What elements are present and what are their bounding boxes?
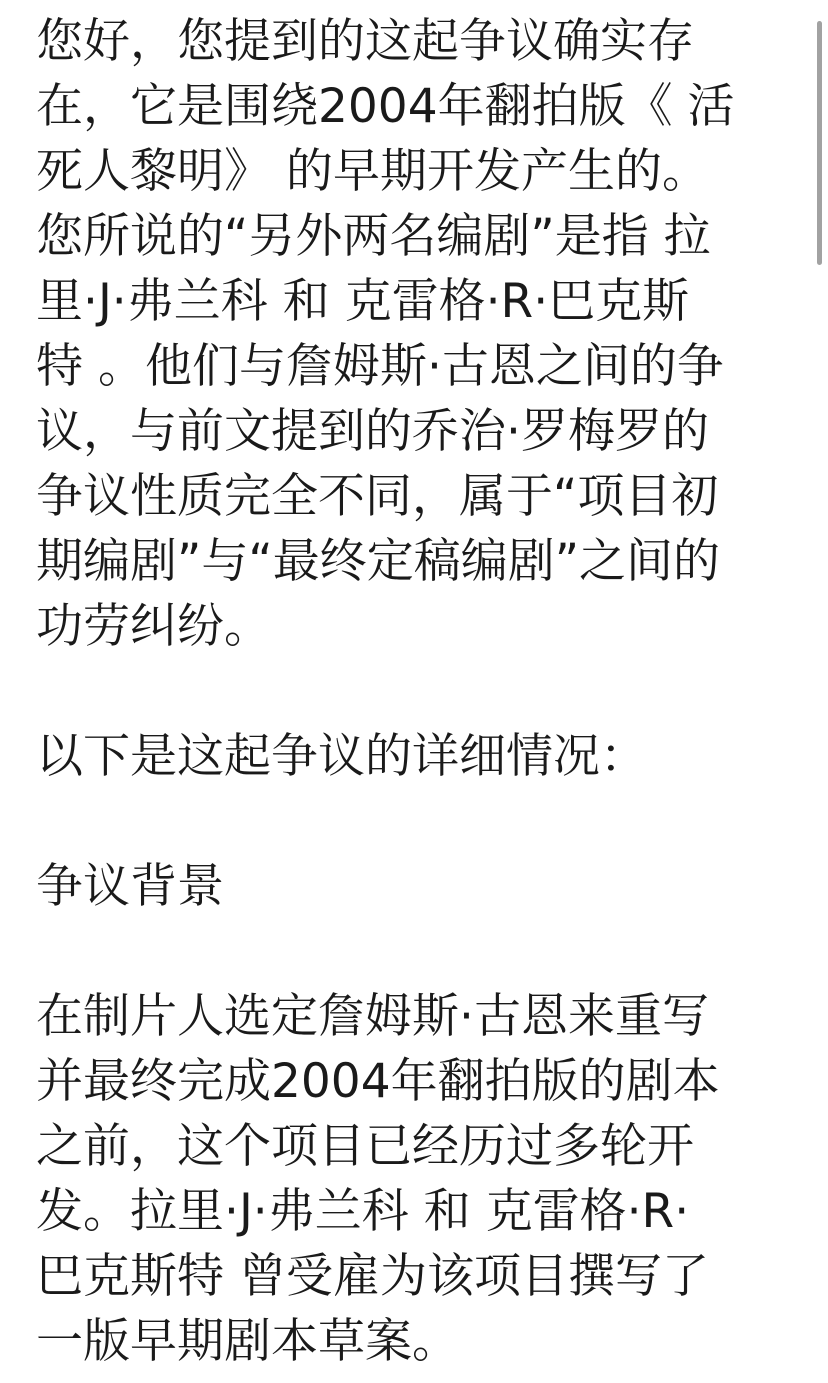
text-line: 功劳纠纷。 (36, 594, 798, 659)
text-line-section-intro: 以下是这起争议的详细情况： (36, 724, 798, 789)
text-line: 您所说的“另外两名编剧”是指 拉 (36, 204, 798, 269)
text-line: 之前，这个项目已经历过多轮开 (36, 1114, 798, 1179)
blank-line (36, 789, 798, 854)
blank-line (36, 659, 798, 724)
text-line: 在制片人选定詹姆斯·古恩来重写 (36, 984, 798, 1049)
text-line: 在，它是围绕2004年翻拍版《 活 (36, 74, 798, 139)
scrollbar-thumb[interactable] (817, 21, 822, 265)
text-line: 里·J·弗兰科 和 克雷格·R·巴克斯 (36, 269, 798, 334)
section-heading: 争议背景 (36, 854, 798, 919)
text-line: 死人黎明》 的早期开发产生的。 (36, 139, 798, 204)
text-line: 巴克斯特 曾受雇为该项目撰写了 (36, 1244, 798, 1309)
blank-line (36, 919, 798, 984)
chat-response-view: { "page": { "background": "#ffffff", "te… (0, 0, 828, 1383)
text-line: 期编剧”与“最终定稿编剧”之间的 (36, 529, 798, 594)
text-line: 争议性质完全不同，属于“项目初 (36, 464, 798, 529)
text-line: 发。拉里·J·弗兰科 和 克雷格·R· (36, 1179, 798, 1244)
text-line: 特 。他们与詹姆斯·古恩之间的争 (36, 334, 798, 399)
text-line: 您好，您提到的这起争议确实存 (36, 9, 798, 74)
text-line: 一版早期剧本草案。 (36, 1309, 798, 1374)
text-line: 议，与前文提到的乔治·罗梅罗的 (36, 399, 798, 464)
text-line: 并最终完成2004年翻拍版的剧本 (36, 1049, 798, 1114)
message-text: 您好，您提到的这起争议确实存 在，它是围绕2004年翻拍版《 活 死人黎明》 的… (36, 9, 798, 1374)
